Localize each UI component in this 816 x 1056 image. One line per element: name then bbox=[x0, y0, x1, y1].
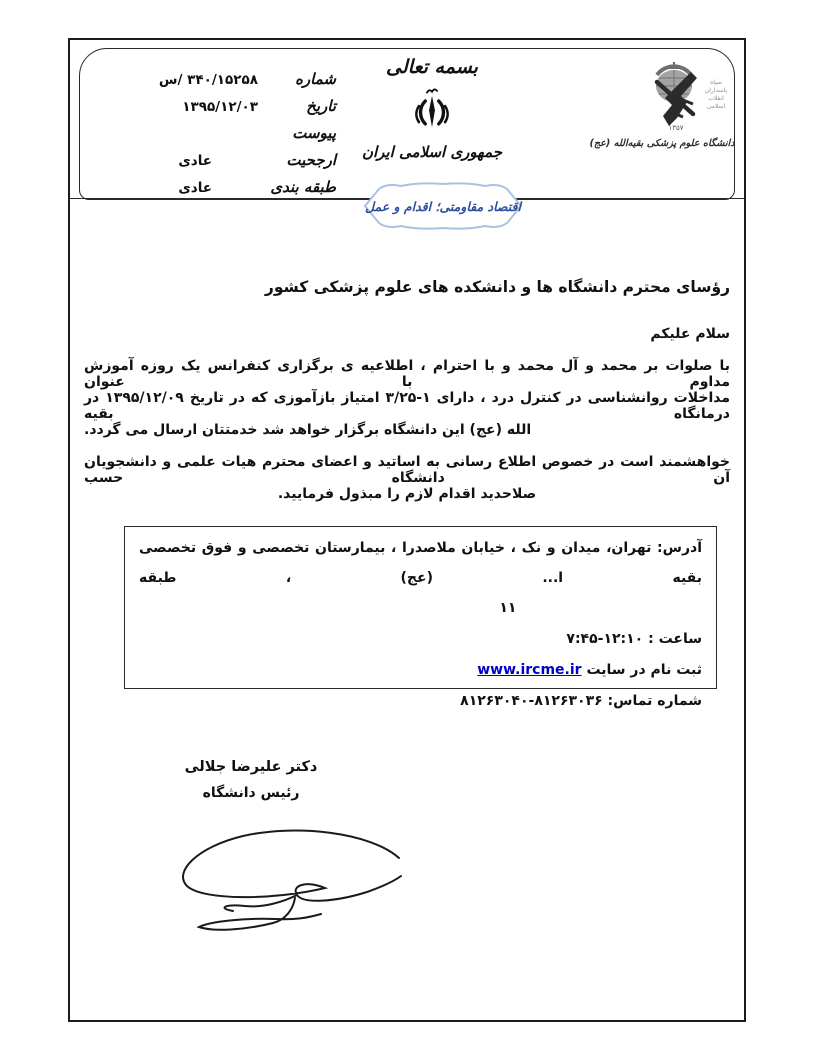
phone-line: شماره تماس: ۸۱۲۶۳۰۳۶-۸۱۲۶۳۰۴۰ bbox=[139, 686, 702, 717]
registration-label: ثبت نام در سایت bbox=[586, 662, 702, 678]
date-value: ۱۳۹۵/۱۲/۰۳ bbox=[84, 99, 258, 115]
classification-label: طبقه بندی bbox=[258, 178, 336, 196]
header-center: بسمه تعالی جمهوری اسلامی ایران bbox=[322, 52, 542, 164]
field-number: شماره ۳۴۰/۱۵۲۵۸ /س bbox=[84, 70, 336, 97]
field-priority: ارجحیت عادی bbox=[84, 151, 336, 178]
address-line: آدرس: تهران، میدان و نک ، خیابان ملاصدرا… bbox=[139, 533, 702, 593]
body-paragraph-1-line-1: با صلوات بر محمد و آل محمد و با احترام ،… bbox=[84, 358, 730, 390]
logo-line-1: سپاه bbox=[710, 79, 722, 86]
resistance-economy-stamp: اقتصاد مقاومتی؛ اقدام و عمل bbox=[357, 180, 529, 232]
stamp-text: اقتصاد مقاومتی؛ اقدام و عمل bbox=[365, 199, 523, 215]
number-value: ۳۴۰/۱۵۲۵۸ /س bbox=[84, 72, 258, 88]
conference-info-box: آدرس: تهران، میدان و نک ، خیابان ملاصدرا… bbox=[124, 526, 717, 689]
field-attachment: پیوست bbox=[84, 124, 336, 151]
body-paragraph-2-line-2: صلاحدید اقدام لازم را مبذول فرمایید. bbox=[84, 486, 730, 502]
bismillah-text: بسمه تعالی bbox=[322, 52, 542, 82]
signer-title: رئیس دانشگاه bbox=[156, 778, 346, 808]
field-classification: طبقه بندی عادی bbox=[84, 178, 336, 205]
letter-meta-fields: شماره ۳۴۰/۱۵۲۵۸ /س تاریخ ۱۳۹۵/۱۲/۰۳ پیوس… bbox=[84, 70, 336, 205]
priority-value: عادی bbox=[84, 153, 258, 169]
university-logo: سپاه پاسداران انقلاب اسلامی ۱۳۵۷ دانشگاه… bbox=[627, 60, 739, 150]
logo-year: ۱۳۵۷ bbox=[668, 124, 683, 132]
letter-sheet: شماره ۳۴۰/۱۵۲۵۸ /س تاریخ ۱۳۹۵/۱۲/۰۳ پیوس… bbox=[68, 38, 746, 1022]
logo-line-3: انقلاب bbox=[708, 95, 724, 102]
iran-emblem-icon bbox=[405, 84, 459, 140]
floor-number: ۱۱ bbox=[139, 593, 702, 624]
logo-line-2: پاسداران bbox=[705, 87, 728, 94]
signer-name: دکتر علیرضا جلالی bbox=[156, 756, 346, 778]
body-paragraph-1-line-2: مداخلات روانشناسی در کنترل درد ، دارای ۱… bbox=[84, 390, 730, 422]
handwritten-signature bbox=[155, 824, 405, 936]
classification-value: عادی bbox=[84, 180, 258, 196]
field-date: تاریخ ۱۳۹۵/۱۲/۰۳ bbox=[84, 97, 336, 124]
country-name: جمهوری اسلامی ایران bbox=[322, 140, 542, 164]
logo-caption: دانشگاه علوم پزشکی بقیه‌الله (عج) bbox=[631, 138, 734, 150]
irgc-emblem-icon: سپاه پاسداران انقلاب اسلامی ۱۳۵۷ bbox=[631, 60, 735, 132]
signature-block: دکتر علیرضا جلالی رئیس دانشگاه bbox=[156, 756, 346, 808]
body-paragraph-2-line-1: خواهشمند است در خصوص اطلاع رسانی به اسات… bbox=[84, 454, 730, 486]
body-paragraph-1-line-3: الله (عج) این دانشگاه برگزار خواهد شد خد… bbox=[84, 422, 730, 438]
recipient-line: رؤسای محترم دانشگاه ها و دانشکده های علو… bbox=[84, 278, 730, 296]
registration-website-link[interactable]: www.ircme.ir bbox=[477, 662, 581, 678]
logo-line-4: اسلامی bbox=[707, 103, 726, 110]
salutation: سلام علیکم bbox=[84, 326, 730, 342]
hours-line: ساعت : ۱۲:۱۰-۷:۴۵ bbox=[139, 624, 702, 655]
registration-line: ثبت نام در سایت www.ircme.ir bbox=[139, 655, 702, 686]
